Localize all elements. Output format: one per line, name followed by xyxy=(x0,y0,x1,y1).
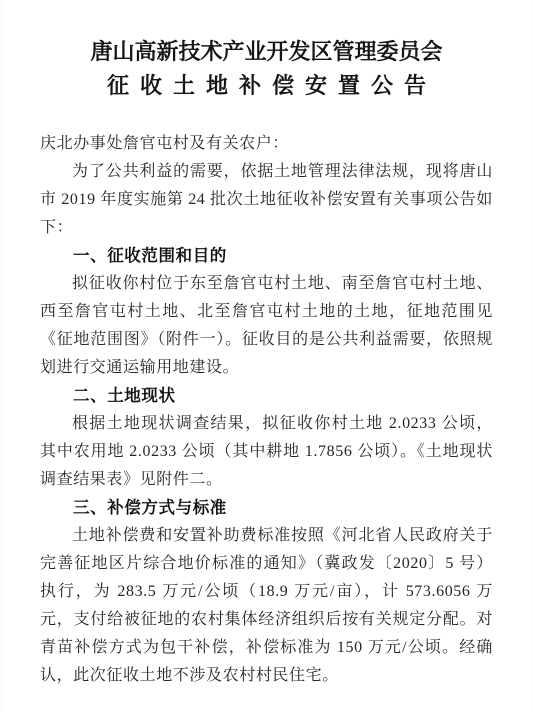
section-1-paragraph: 拟征收你村位于东至詹官屯村土地、南至詹官屯村土地、西至詹官屯村土地、北至詹官屯村… xyxy=(40,270,493,382)
announcement-page: 唐山高新技术产业开发区管理委员会 征收土地补偿安置公告 庆北办事处詹官屯村及有关… xyxy=(0,0,533,712)
intro-paragraph: 为了公共利益的需要，依据土地管理法律法规，现将唐山市 2019 年度实施第 24… xyxy=(40,158,493,242)
section-2-heading: 二、土地现状 xyxy=(40,382,493,410)
section-2-paragraph: 根据土地现状调查结果，拟征收你村土地 2.0233 公顷，其中农用地 2.023… xyxy=(40,410,493,494)
section-3-heading: 三、补偿方式与标准 xyxy=(40,494,493,522)
announcement-title: 征收土地补偿安置公告 xyxy=(40,70,493,102)
salutation: 庆北办事处詹官屯村及有关农户： xyxy=(40,130,493,158)
section-1-heading: 一、征收范围和目的 xyxy=(40,242,493,270)
section-3-paragraph: 土地补偿费和安置补助费标准按照《河北省人民政府关于完善征地区片综合地价标准的通知… xyxy=(40,522,493,690)
issuing-authority-title: 唐山高新技术产业开发区管理委员会 xyxy=(40,36,493,68)
document-title-block: 唐山高新技术产业开发区管理委员会 征收土地补偿安置公告 xyxy=(40,36,493,102)
document-body: 庆北办事处詹官屯村及有关农户： 为了公共利益的需要，依据土地管理法律法规，现将唐… xyxy=(40,130,493,690)
